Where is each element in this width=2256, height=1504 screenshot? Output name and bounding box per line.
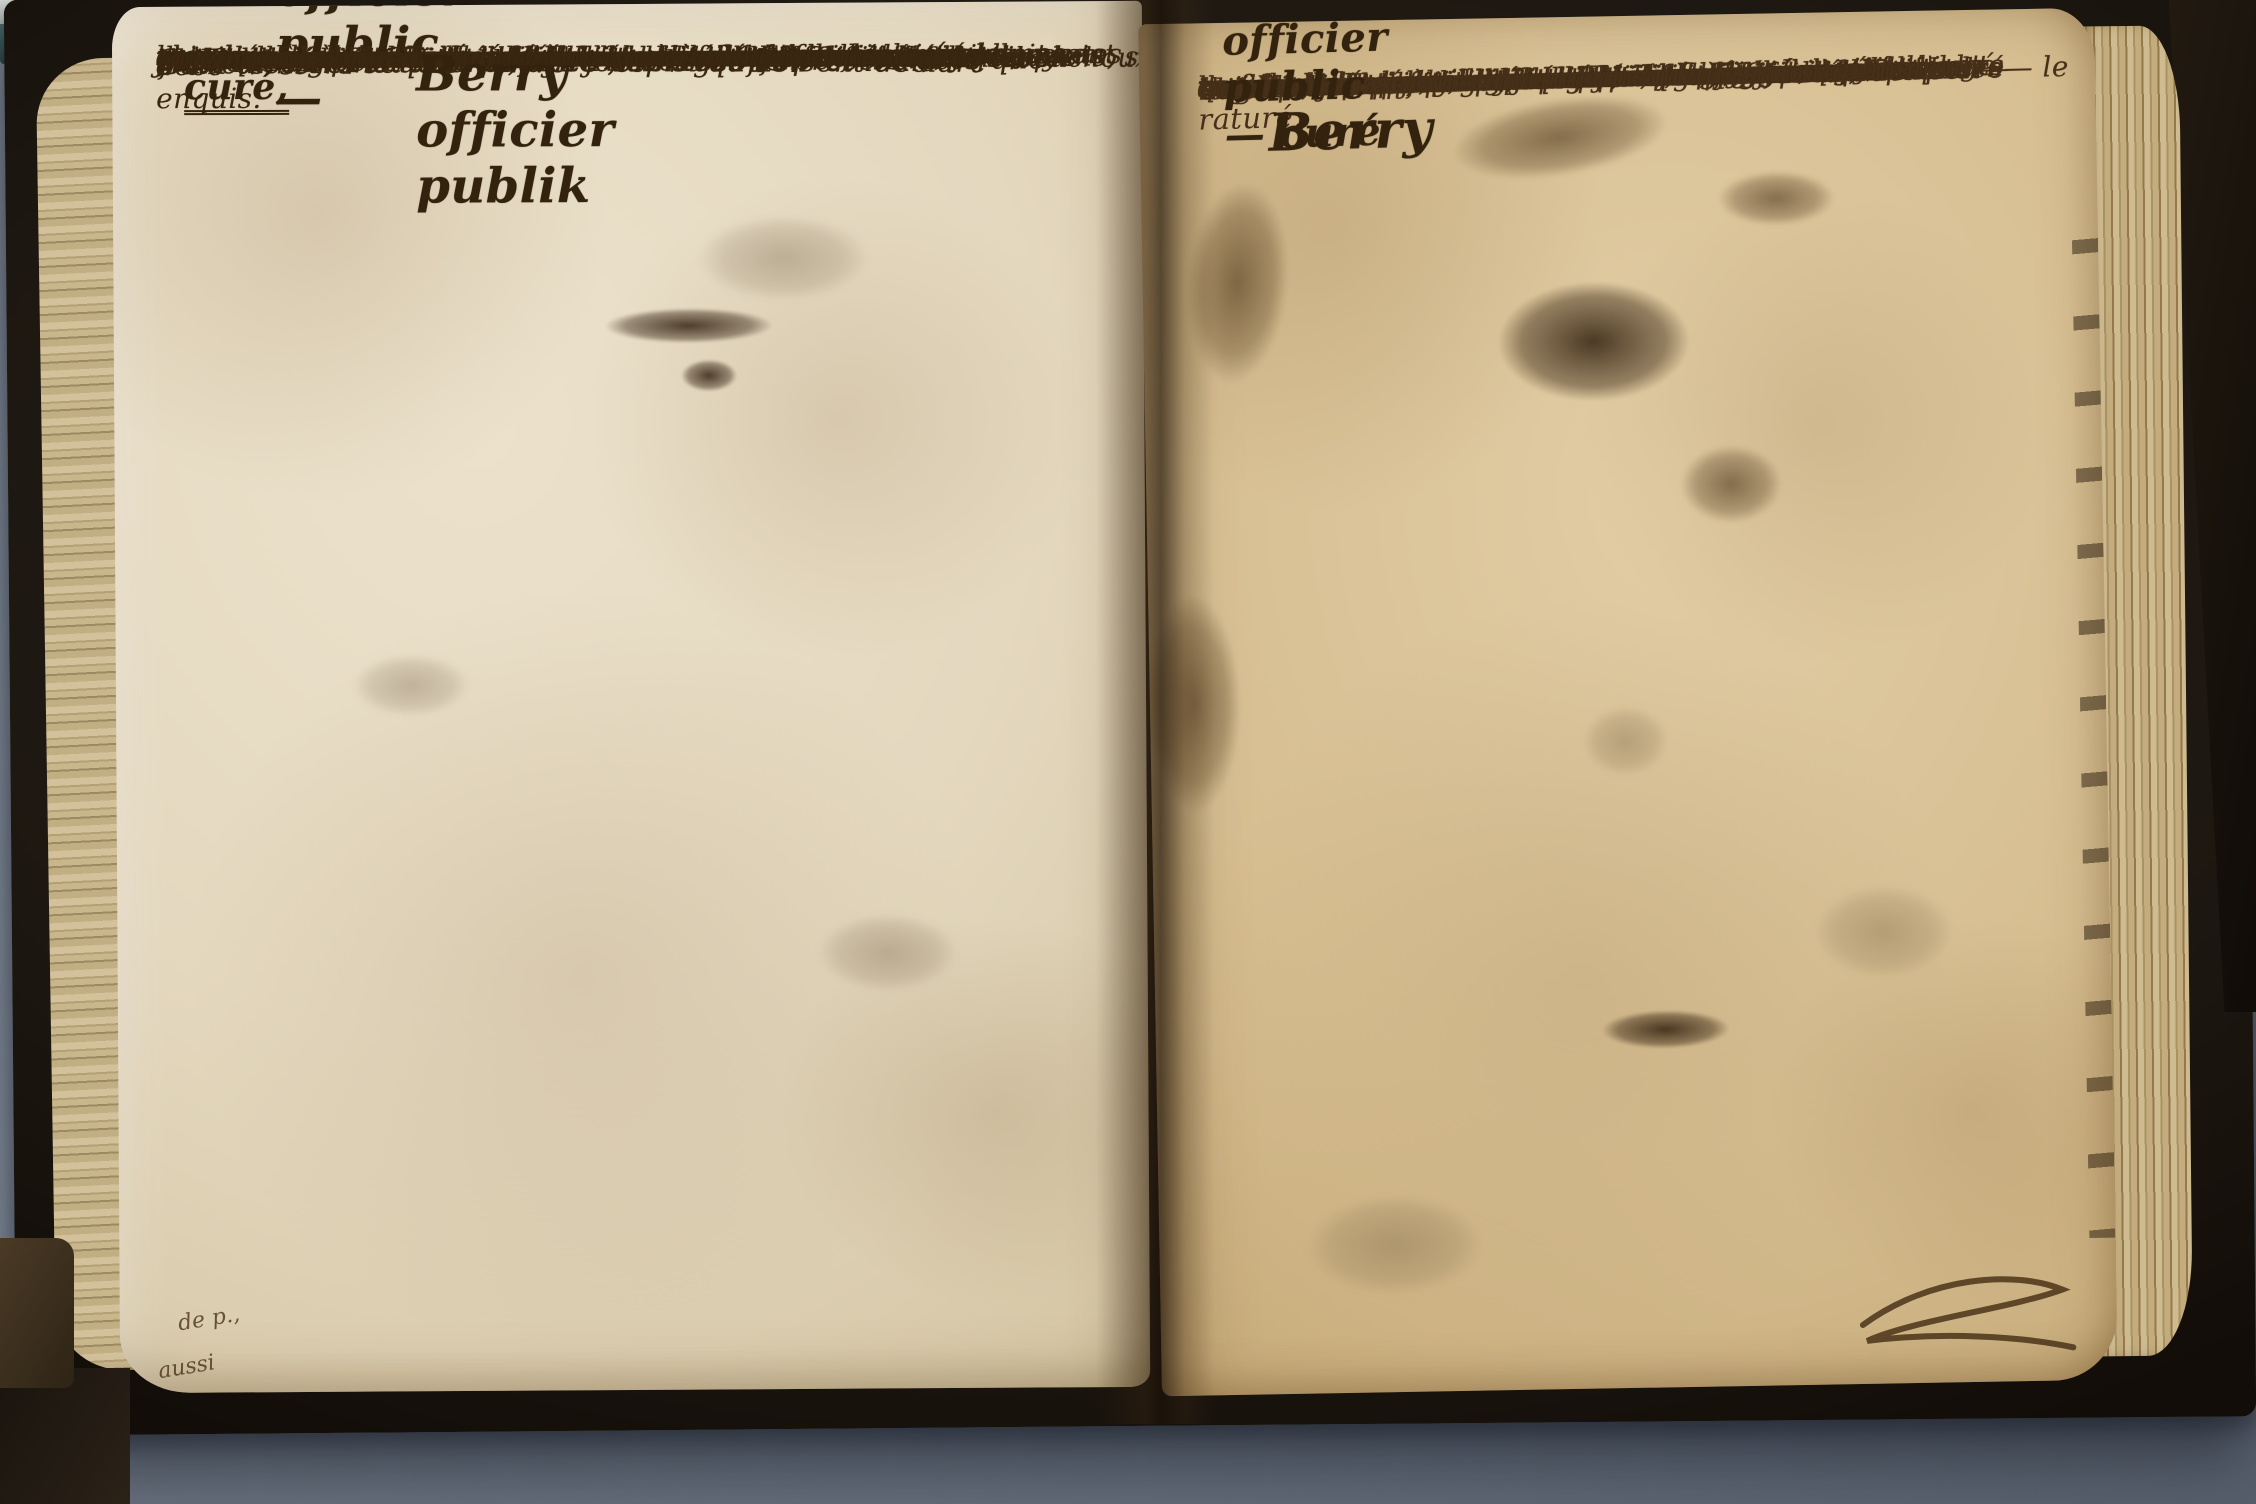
ink-stain: [1570, 695, 1682, 787]
ink-stain: [584, 303, 794, 348]
ink-stain: [336, 645, 486, 726]
ink-stain: [674, 355, 744, 395]
paper-mottling: [1138, 8, 2118, 1396]
ink-stain: [1665, 433, 1797, 535]
left-page: francaise demeussaint , j'en ai dressé l…: [112, 1, 1150, 1393]
ink-stain: [1472, 264, 1715, 418]
ink-stain: [1585, 1004, 1746, 1055]
signature-flourish: [1850, 1259, 2082, 1358]
photograph-open-register: francaise demeussaint , j'en ai dressé l…: [0, 0, 2256, 1504]
right-page: aujourdhui premier d'aoust mil sept cens…: [1138, 8, 2118, 1396]
left-page-text: francaise demeussaint , j'en ai dressé l…: [156, 35, 1114, 38]
ink-stain: [673, 202, 894, 313]
ink-stain: [1278, 1178, 1510, 1312]
berry-signature-bottom: Berry officier publik: [416, 46, 614, 215]
ink-stain: [1701, 162, 1852, 235]
table-corner-shadow: [0, 1368, 130, 1504]
cover-edge-bottom-left: [0, 1238, 74, 1388]
margin-note: aussi: [156, 1350, 216, 1384]
margin-note: de p.,: [176, 1302, 241, 1337]
right-page-text: aujourdhui premier d'aoust mil sept cens…: [1197, 42, 2071, 66]
book-gutter-shadow: [1096, 0, 1214, 1424]
ink-stain: [797, 902, 978, 1003]
ink-stain: [1793, 870, 1975, 993]
officier-public-cure-annotation: officier public— curé: [1222, 13, 1391, 158]
paper-mottling: [112, 1, 1150, 1393]
